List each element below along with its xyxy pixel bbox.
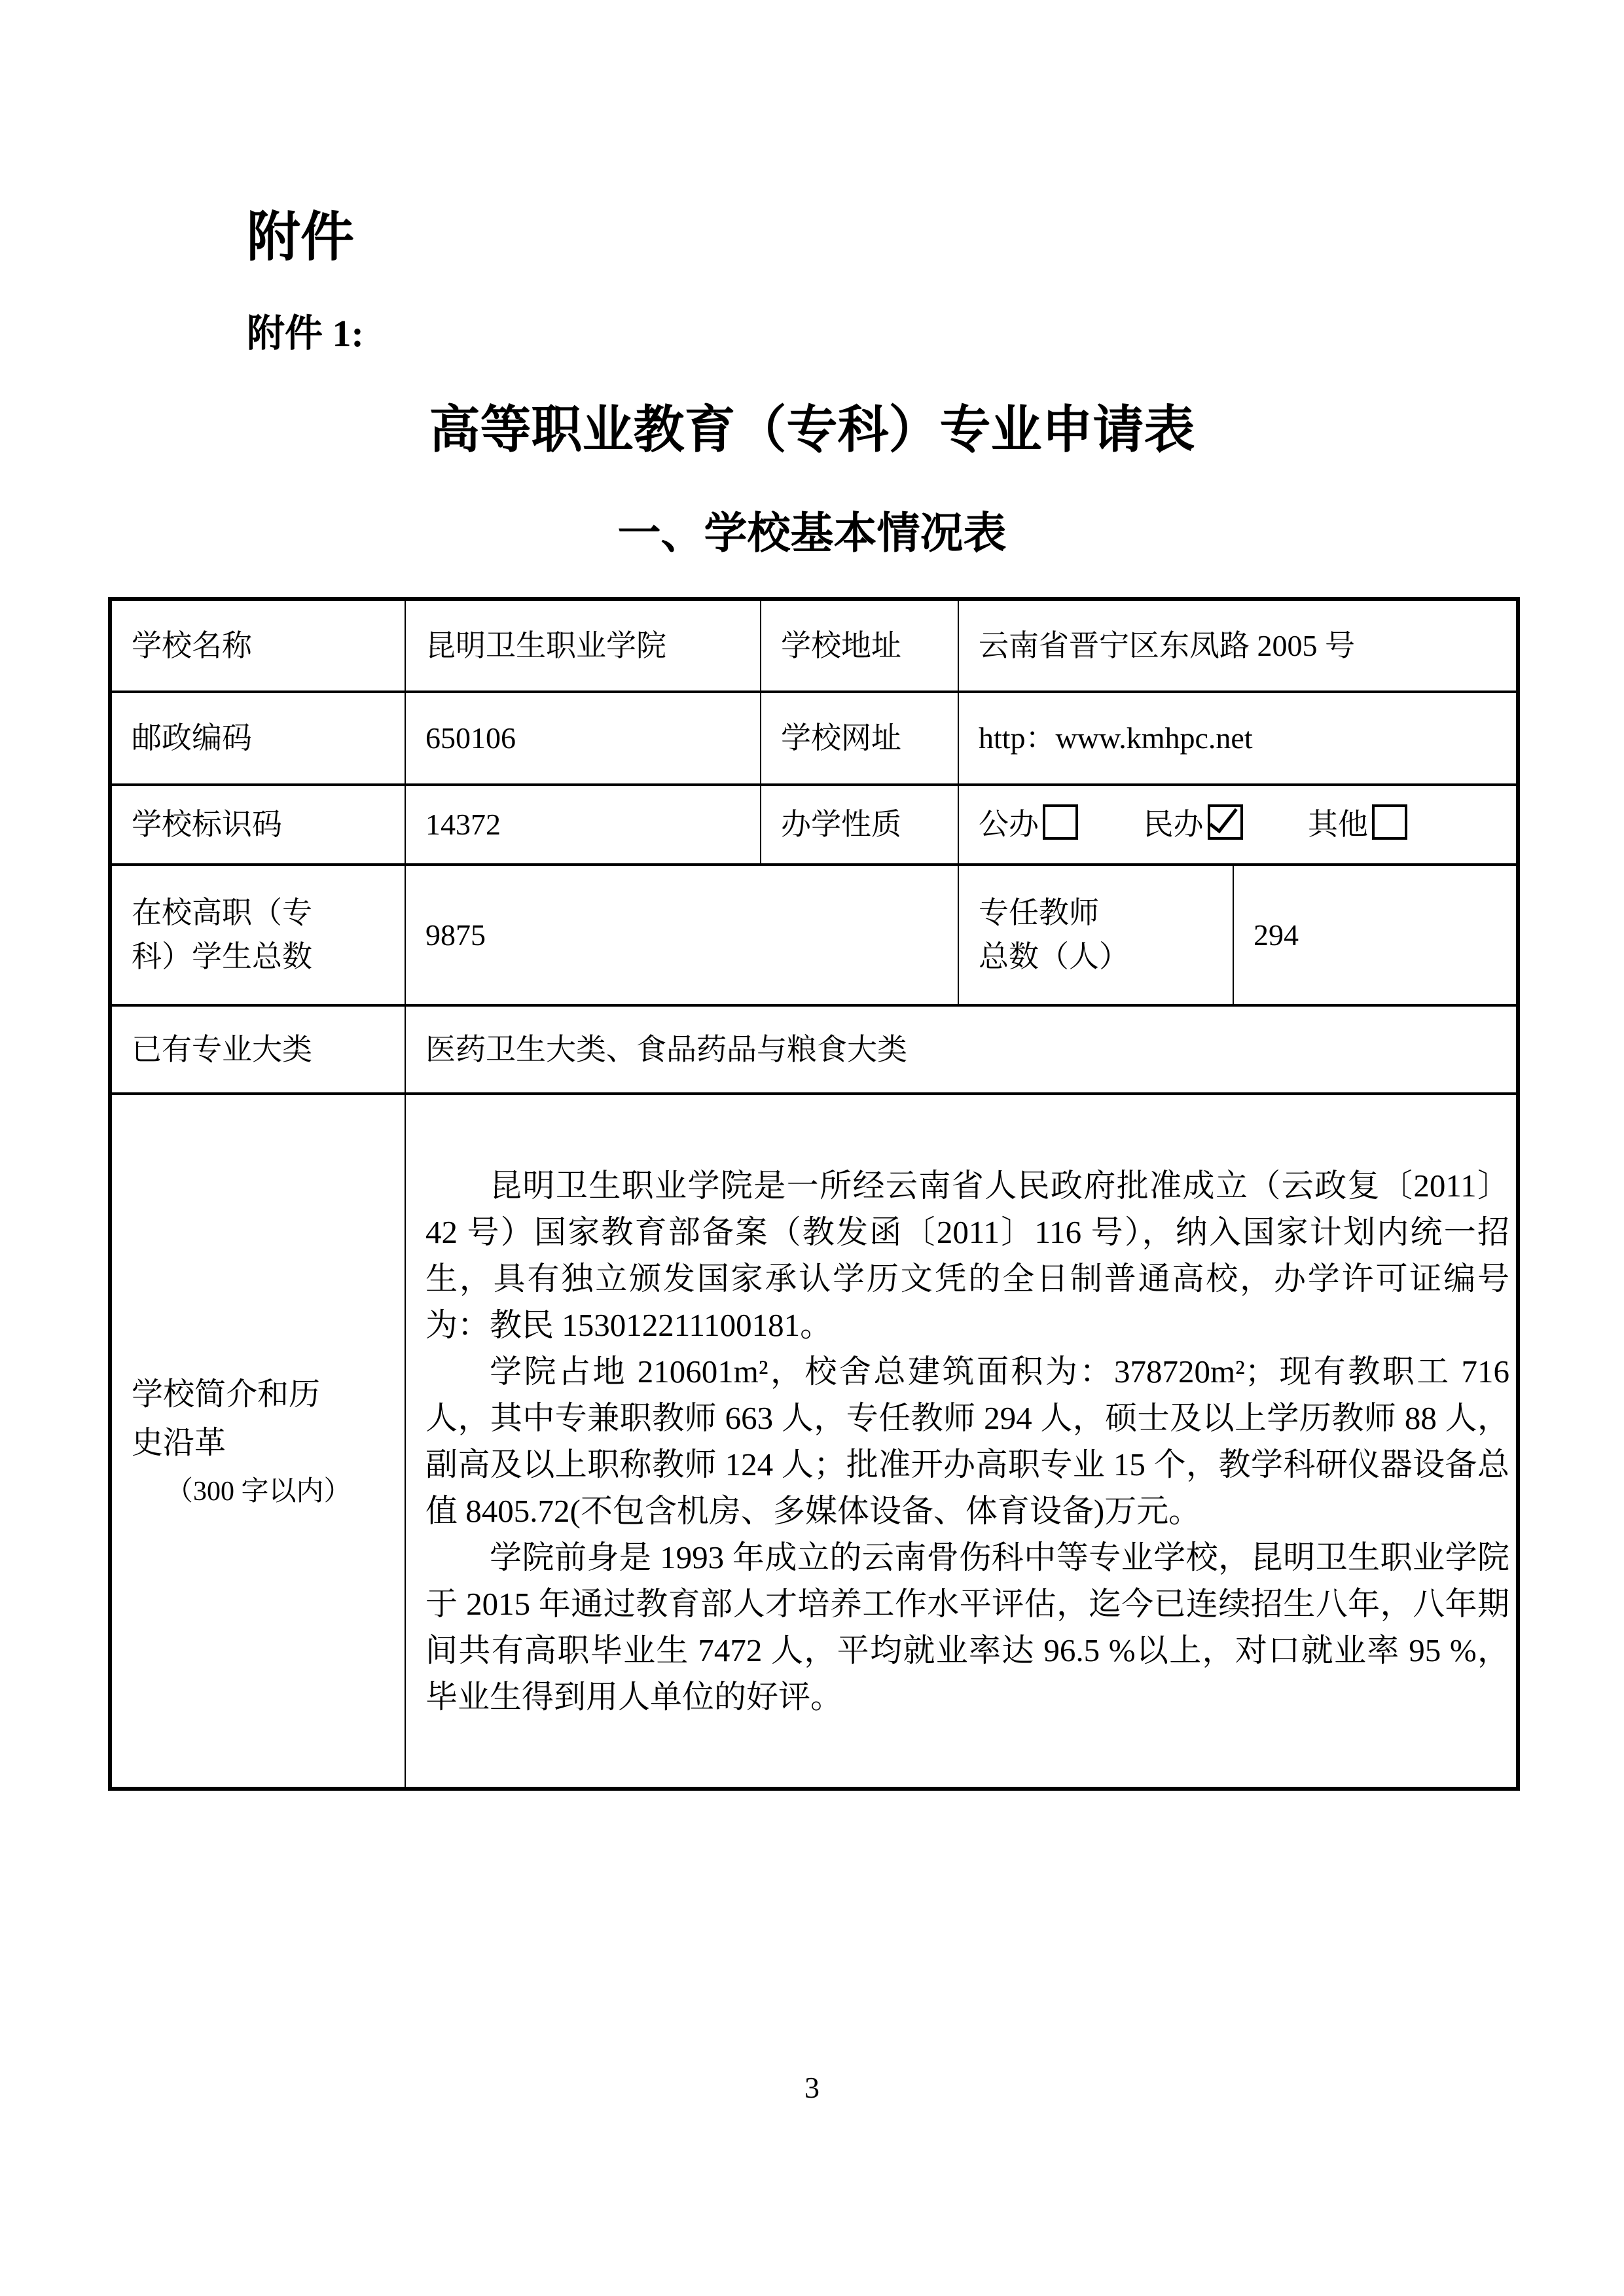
intro-paragraph-2: 学院占地 210601m²，校舍总建筑面积为：378720m²；现有教职工 71… [425,1348,1509,1534]
intro-label-cell: 学校简介和历 史沿革 （300 字以内） [110,1094,405,1789]
postcode-label: 邮政编码 [110,692,405,785]
teachers-value: 294 [1233,865,1518,1005]
students-label: 在校高职（专 科）学生总数 [110,865,405,1005]
attachment-number: 附件 1: [247,313,1516,355]
school-name-value: 昆明卫生职业学院 [405,599,761,692]
attachment-label: 附件 [247,208,1516,267]
table-row-school-name: 学校名称 昆明卫生职业学院 学校地址 云南省晋宁区东凤路 2005 号 [110,599,1518,692]
table-row-categories: 已有专业大类 医药卫生大类、食品药品与粮食大类 [110,1005,1518,1094]
nature-option-private: 民办 [1144,803,1243,847]
nature-option-other-label: 其他 [1308,808,1368,841]
checkbox-other-icon [1372,804,1407,840]
table-row-students: 在校高职（专 科）学生总数 9875 专任教师 总数（人） 294 [110,865,1518,1005]
intro-paragraph-3: 学院前身是 1993 年成立的云南骨伤科中等专业学校，昆明卫生职业学院于 201… [425,1534,1509,1720]
document-page: 附件 附件 1: 高等职业教育（专科）专业申请表 一、学校基本情况表 学校名称 … [0,0,1624,2296]
table-row-intro: 学校简介和历 史沿革 （300 字以内） 昆明卫生职业学院是一所经云南省人民政府… [110,1094,1518,1789]
address-label: 学校地址 [761,599,958,692]
postcode-value: 650106 [405,692,761,785]
table-row-postcode: 邮政编码 650106 学校网址 http：www.kmhpc.net [110,692,1518,785]
teachers-label: 专任教师 总数（人） [958,865,1233,1005]
nature-option-other: 其他 [1308,803,1407,847]
school-code-value: 14372 [405,785,761,865]
categories-label: 已有专业大类 [110,1005,405,1094]
school-info-table: 学校名称 昆明卫生职业学院 学校地址 云南省晋宁区东凤路 2005 号 邮政编码… [108,597,1520,1791]
intro-text-cell: 昆明卫生职业学院是一所经云南省人民政府批准成立（云政复〔2011〕42 号）国家… [405,1094,1518,1789]
categories-value: 医药卫生大类、食品药品与粮食大类 [405,1005,1518,1094]
intro-label: 学校简介和历 史沿革 [132,1371,398,1468]
students-value: 9875 [405,865,958,1005]
nature-option-public-label: 公办 [979,808,1039,841]
nature-options: 公办 民办 其他 [958,785,1518,865]
address-value: 云南省晋宁区东凤路 2005 号 [958,599,1518,692]
form-title: 高等职业教育（专科）专业申请表 [108,402,1516,458]
website-value: http：www.kmhpc.net [958,692,1518,785]
intro-label-note: （300 字以内） [132,1472,398,1512]
checkbox-private-icon [1208,804,1243,840]
school-name-label: 学校名称 [110,599,405,692]
nature-label: 办学性质 [761,785,958,865]
school-code-label: 学校标识码 [110,785,405,865]
checkbox-public-icon [1043,804,1078,840]
page-number: 3 [0,2070,1624,2105]
table-row-school-code: 学校标识码 14372 办学性质 公办 民办 其他 [110,785,1518,865]
website-label: 学校网址 [761,692,958,785]
intro-paragraph-1: 昆明卫生职业学院是一所经云南省人民政府批准成立（云政复〔2011〕42 号）国家… [425,1162,1509,1348]
section-title: 一、学校基本情况表 [108,511,1516,558]
nature-option-private-label: 民办 [1144,808,1204,841]
nature-option-public: 公办 [979,803,1078,847]
